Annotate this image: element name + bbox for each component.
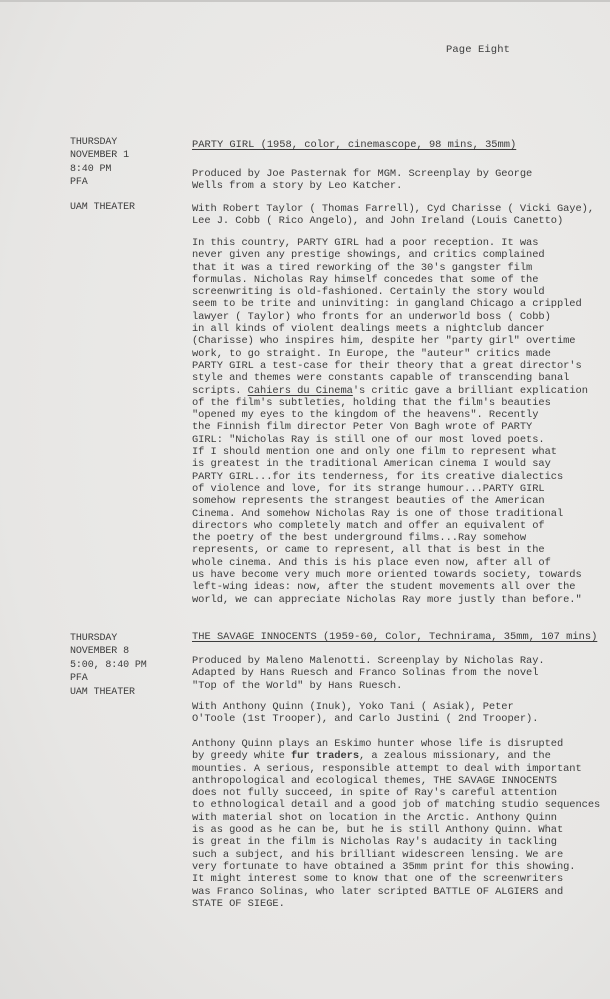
- description-line: somehow represents the strangest beautie…: [192, 495, 588, 507]
- emphasis-text: fur traders: [291, 750, 359, 762]
- page-edge: [0, 0, 610, 2]
- description-line: left-wing ideas: now, after the student …: [192, 581, 588, 593]
- credits-line: Produced by Maleno Malenotti. Screenplay…: [192, 655, 545, 667]
- description-line: the poetry of the best underground films…: [192, 532, 588, 544]
- description-line: mounties. A serious, responsible attempt…: [192, 763, 600, 775]
- description-line: lawyer ( Taylor) who fronts for an under…: [192, 311, 588, 323]
- credits-1: Produced by Joe Pasternak for MGM. Scree…: [192, 168, 532, 193]
- schedule-time: 8:40 PM: [70, 163, 129, 176]
- description-line: is greatest in the traditional American …: [192, 458, 588, 470]
- description-line: that it was a tired reworking of the 30'…: [192, 262, 588, 274]
- description-line: in all kinds of violent dealings meets a…: [192, 323, 588, 335]
- description-2: Anthony Quinn plays an Eskimo hunter who…: [192, 738, 600, 910]
- cast-1: With Robert Taylor ( Thomas Farrell), Cy…: [192, 203, 594, 228]
- venue-2: UAM THEATER: [70, 686, 135, 699]
- journal-title: Cahiers du Cinema: [248, 385, 353, 397]
- description-line: world, we can appreciate Nicholas Ray mo…: [192, 594, 588, 606]
- venue-1: UAM THEATER: [70, 201, 135, 214]
- schedule-day: THURSDAY: [70, 632, 147, 645]
- credits-line: Produced by Joe Pasternak for MGM. Scree…: [192, 168, 532, 180]
- description-line: to ethnological detail and a good job of…: [192, 799, 600, 811]
- credits-2: Produced by Maleno Malenotti. Screenplay…: [192, 655, 545, 692]
- description-line: very fortunate to have obtained a 35mm p…: [192, 861, 600, 873]
- schedule-day: THURSDAY: [70, 136, 129, 149]
- description-line: STATE OF SIEGE.: [192, 898, 600, 910]
- description-line: the Finnish film director Peter Von Bagh…: [192, 421, 588, 433]
- venue-label: UAM THEATER: [70, 686, 135, 699]
- schedule-block-1: THURSDAY NOVEMBER 1 8:40 PM PFA: [70, 136, 129, 189]
- description-line: style and themes were constants capable …: [192, 372, 588, 384]
- description-line: Cinema. And somehow Nicholas Ray is one …: [192, 508, 588, 520]
- page-number: Page Eight: [446, 44, 510, 56]
- description-line: scripts. Cahiers du Cinema's critic gave…: [192, 385, 588, 397]
- cast-2: With Anthony Quinn (Inuk), Yoko Tani ( A…: [192, 701, 538, 726]
- description-line: represents, or came to represent, all th…: [192, 544, 588, 556]
- description-line: GIRL: "Nicholas Ray is still one of our …: [192, 434, 588, 446]
- description-line: "opened my eyes to the kingdom of the he…: [192, 409, 588, 421]
- description-line: of the film's subtleties, holding that t…: [192, 397, 588, 409]
- description-line: whole cinema. And this is his place even…: [192, 557, 588, 569]
- description-line: is great in the film is Nicholas Ray's a…: [192, 836, 600, 848]
- schedule-time: 5:00, 8:40 PM: [70, 659, 147, 672]
- film-title-text: THE SAVAGE INNOCENTS (1959-60, Color, Te…: [192, 631, 597, 643]
- venue-label: UAM THEATER: [70, 201, 135, 214]
- description-line: It might interest some to know that one …: [192, 873, 600, 885]
- description-line: by greedy white fur traders, a zealous m…: [192, 750, 600, 762]
- cast-line: With Anthony Quinn (Inuk), Yoko Tani ( A…: [192, 701, 538, 713]
- description-line: In this country, PARTY GIRL had a poor r…: [192, 237, 588, 249]
- film-title-text: PARTY GIRL (1958, color, cinemascope, 98…: [192, 139, 516, 151]
- schedule-location: PFA: [70, 672, 147, 685]
- description-line: never given any prestige showings, and c…: [192, 249, 588, 261]
- description-line: Anthony Quinn plays an Eskimo hunter who…: [192, 738, 600, 750]
- schedule-date: NOVEMBER 1: [70, 149, 129, 162]
- description-line: is as good as he can be, but he is still…: [192, 824, 600, 836]
- description-line: If I should mention one and only one fil…: [192, 446, 588, 458]
- cast-line: Lee J. Cobb ( Rico Angelo), and John Ire…: [192, 215, 594, 227]
- cast-line: O'Toole (1st Trooper), and Carlo Justini…: [192, 713, 538, 725]
- description-line: formulas. Nicholas Ray himself concedes …: [192, 274, 588, 286]
- description-1: In this country, PARTY GIRL had a poor r…: [192, 237, 588, 606]
- credits-line: Wells from a story by Leo Katcher.: [192, 180, 532, 192]
- description-line: us have become very much more oriented t…: [192, 569, 588, 581]
- schedule-block-2: THURSDAY NOVEMBER 8 5:00, 8:40 PM PFA: [70, 632, 147, 685]
- description-line: PARTY GIRL...for its tenderness, for its…: [192, 471, 588, 483]
- film-title-2: THE SAVAGE INNOCENTS (1959-60, Color, Te…: [192, 631, 597, 643]
- document-page: Page Eight THURSDAY NOVEMBER 1 8:40 PM P…: [0, 0, 610, 999]
- description-line: with material shot on location in the Ar…: [192, 812, 600, 824]
- description-line: seem to be trite and uninviting: in gang…: [192, 298, 588, 310]
- description-line: (Charisse) who inspires him, despite her…: [192, 335, 588, 347]
- description-line: PARTY GIRL a test-case for their theory …: [192, 360, 588, 372]
- description-line: was Franco Solinas, who later scripted B…: [192, 886, 600, 898]
- description-line: work, to go straight. In Europe, the "au…: [192, 348, 588, 360]
- cast-line: With Robert Taylor ( Thomas Farrell), Cy…: [192, 203, 594, 215]
- schedule-location: PFA: [70, 176, 129, 189]
- description-line: such a subject, and his brilliant widesc…: [192, 849, 600, 861]
- description-line: anthropological and ecological themes, T…: [192, 775, 600, 787]
- description-line: directors who completely match and offer…: [192, 520, 588, 532]
- credits-line: "Top of the World" by Hans Ruesch.: [192, 680, 545, 692]
- description-line: of violence and love, for its strange hu…: [192, 483, 588, 495]
- credits-line: Adapted by Hans Ruesch and Franco Solina…: [192, 667, 545, 679]
- description-line: screenwriting is old-fashioned. Certainl…: [192, 286, 588, 298]
- description-line: does not fully succeed, in spite of Ray'…: [192, 787, 600, 799]
- schedule-date: NOVEMBER 8: [70, 645, 147, 658]
- film-title-1: PARTY GIRL (1958, color, cinemascope, 98…: [192, 139, 516, 151]
